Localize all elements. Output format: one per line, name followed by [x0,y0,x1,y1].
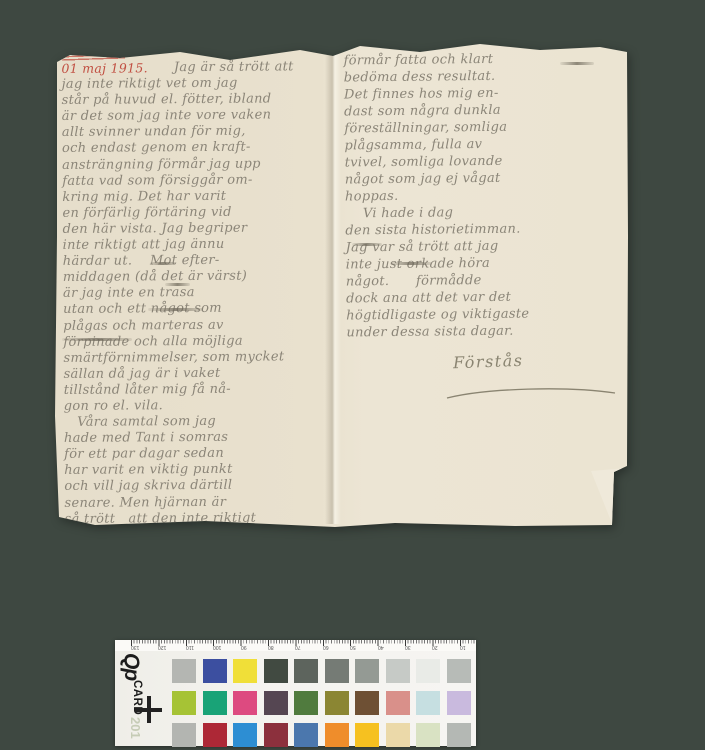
swatch-r2-c6 [325,691,349,715]
pencil-strikethrough [560,62,594,65]
handwritten-line: en förfärlig förtäring vid [62,204,330,222]
swatch-r2-c4 [264,691,288,715]
letter-date: 01 maj 1915. [61,60,148,77]
swatch-r3-c5 [294,723,318,747]
first-line: Jag är så trött att [174,59,294,76]
swatch-r1-c8 [386,659,410,683]
swatch-r1-c3 [233,659,257,683]
ruler-edge: 130120110100908070605040302010 [115,640,476,651]
paper-sheet: 01 maj 1915. Jag är så trött att jag int… [55,36,628,528]
swatch-r2-c5 [294,691,318,715]
ruler-number: 30 [405,644,411,650]
handwritten-line: har varit en viktig punkt [64,461,332,479]
swatch-r1-c2 [203,659,227,683]
swatch-r2-c3 [233,691,257,715]
handwritten-line: och vill jag skriva därtill [64,477,332,495]
handwritten-line: är jag inte en trasa [63,284,331,302]
swatch-r3-c6 [325,723,349,747]
handwritten-line: härdar ut. Mot efter- [63,252,331,270]
pencil-strikethrough [390,262,432,265]
ruler-number: 60 [323,644,329,650]
cross-vertical-bar [147,696,151,723]
signature-flourish [443,384,623,402]
swatch-r2-c7 [355,691,379,715]
swatch-r3-c1 [172,723,196,747]
handwritten-line: den här vista. Jag begriper [62,220,330,238]
handwritten-line: är det som jag inte vore vaken [62,107,330,125]
pencil-strikethrough [148,308,203,311]
swatch-r3-c7 [355,723,379,747]
swatch-r2-c8 [386,691,410,715]
handwritten-line: tillstånd låter mig få nå- [64,381,332,399]
handwritten-line: förpinade och alla möjliga [63,333,331,351]
ruler-number: 50 [350,644,356,650]
handwritten-line: inte riktigt att jag ännu [63,236,331,254]
right-page-text: förmår fatta och klartbedöma dess result… [343,50,622,342]
swatch-grid [172,659,471,747]
swatch-r3-c9 [416,723,440,747]
handwritten-line: står på huvud el. fötter, ibland [62,91,330,109]
handwritten-line: hade med Tant i somras [64,429,332,447]
left-page-text: 01 maj 1915. Jag är så trött att jag int… [61,59,332,528]
swatch-r2-c1 [172,691,196,715]
qpcard-color-calibration-card: 130120110100908070605040302010 QpCARD201 [115,640,476,746]
date-line: 01 maj 1915. Jag är så trött att [61,59,329,77]
swatch-r3-c3 [233,723,257,747]
ruler-number: 80 [268,644,274,650]
swatch-r1-c5 [294,659,318,683]
swatch-r1-c9 [416,659,440,683]
handwritten-line: jag inte riktigt vet om jag [61,75,329,93]
swatch-r3-c10 [447,723,471,747]
handwritten-line: senare. Men hjärnan är [64,494,332,512]
folded-corner [585,466,631,528]
pencil-strikethrough [150,262,176,265]
handwritten-line: sällan då jag är i vaket [64,365,332,383]
ruler-number: 40 [378,644,384,650]
ruler-number: 120 [158,644,166,650]
signature: Förstås [453,351,524,372]
handwritten-line: plågas och marteras av [63,317,331,335]
swatch-r1-c7 [355,659,379,683]
handwritten-line: under dessa sista dagar. [346,322,622,342]
pencil-strikethrough [62,338,132,341]
swatch-r3-c4 [264,723,288,747]
handwritten-line: ansträngning förmår jag upp [62,156,330,174]
pencil-strikethrough [165,283,190,286]
ruler-number: 130 [131,644,139,650]
handwritten-line: middagen (då det är värst) [63,268,331,286]
left-page-lines: jag inte riktigt vet om jagstår på huvud… [61,75,332,527]
swatch-r1-c10 [447,659,471,683]
swatch-r2-c10 [447,691,471,715]
swatch-r1-c6 [325,659,349,683]
ruler-number: 90 [241,644,247,650]
swatch-r3-c8 [386,723,410,747]
qpcard-logo-qp: Qp [119,653,143,680]
swatch-r1-c1 [172,659,196,683]
handwritten-line: och endast genom en kraft- [62,140,330,158]
handwritten-line: kring mig. Det har varit [62,188,330,206]
handwritten-line: allt svinner undan för mig, [62,123,330,141]
ruler-number: 110 [186,644,194,650]
handwritten-line: smärtförnimmelser, som mycket [63,349,331,367]
ruler-number: 10 [460,644,466,650]
handwritten-line: gon ro el. vila. [64,397,332,415]
pencil-strikethrough [352,243,382,246]
handwritten-line: så trött att den inte riktigt [65,510,333,528]
right-page-lines: förmår fatta och klartbedöma dess result… [343,50,622,342]
handwritten-line: för ett par dagar sedan [64,445,332,463]
ruler-number: 70 [295,644,301,650]
swatch-r3-c2 [203,723,227,747]
registration-cross-icon [135,696,162,723]
letter-paper: 01 maj 1915. Jag är så trött att jag int… [55,36,628,528]
swatch-r2-c2 [203,691,227,715]
handwritten-line: Våra samtal som jag [64,413,332,431]
swatch-r1-c4 [264,659,288,683]
ruler-number: 20 [432,644,438,650]
handwritten-line: fatta vad som försiggår om- [62,172,330,190]
swatch-r2-c9 [416,691,440,715]
ruler-number: 100 [213,644,221,650]
